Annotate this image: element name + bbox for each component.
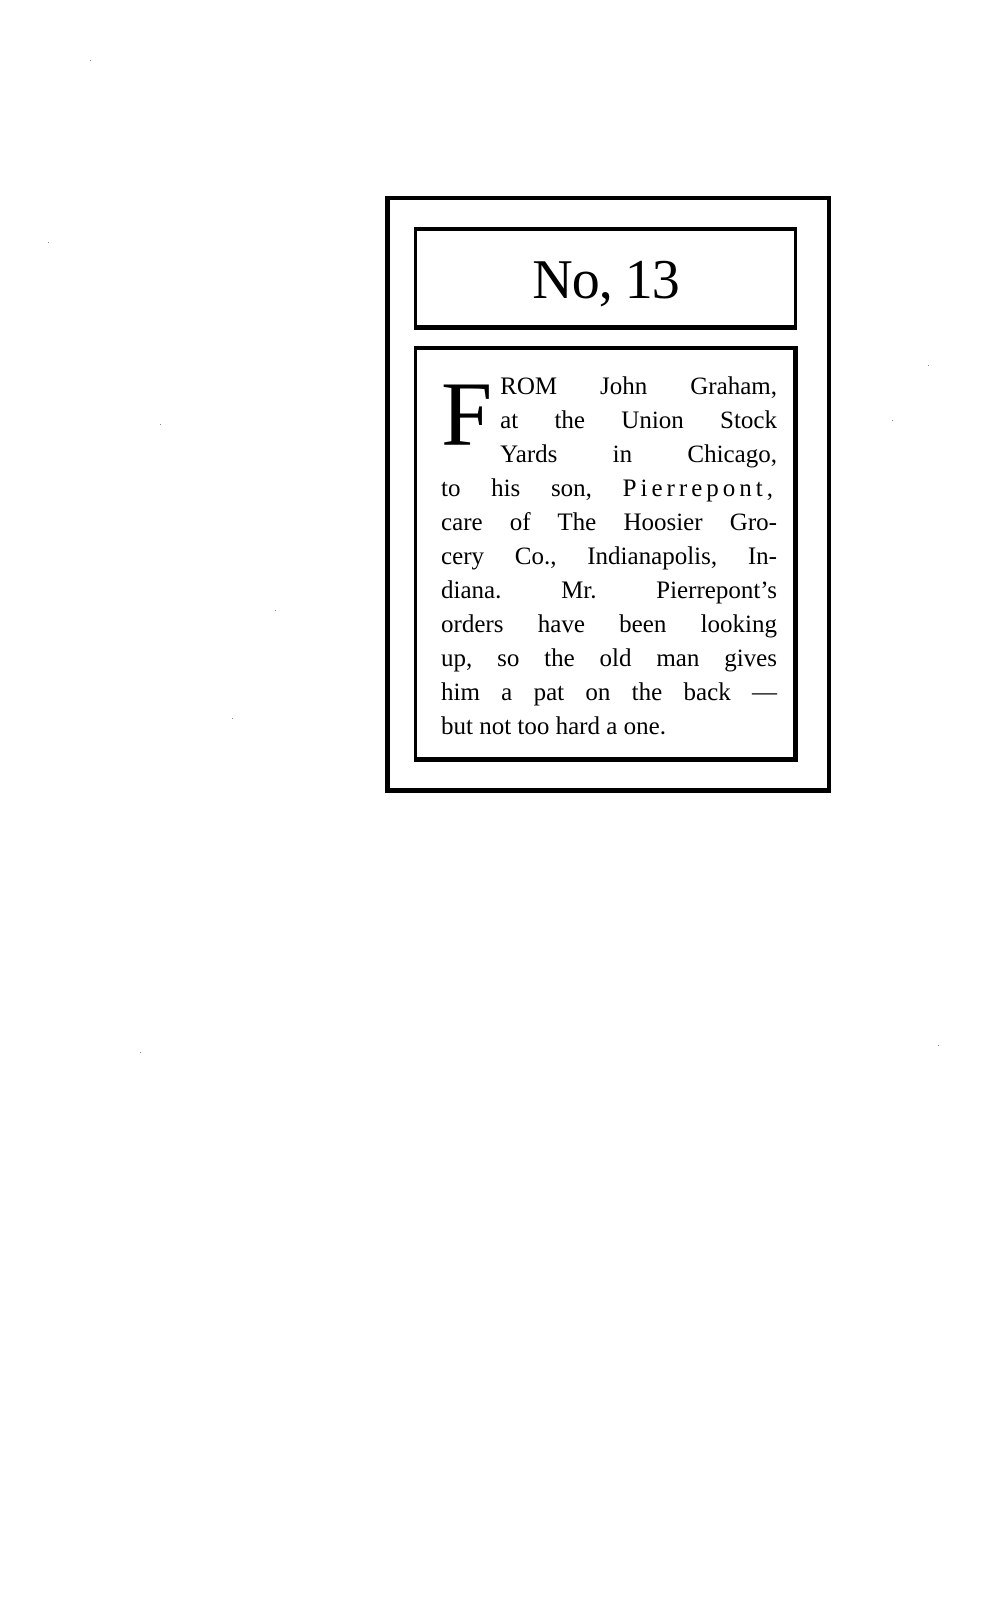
summary-line-start: to his son,: [441, 475, 623, 502]
summary-line: care of The Hoosier Gro-: [441, 506, 777, 540]
scan-speck: [892, 420, 893, 421]
summary-line: cery Co., Indianapolis, In-: [441, 540, 777, 574]
scan-speck: [928, 365, 929, 366]
scan-speck: [275, 610, 276, 611]
summary-line: up, so the old man gives: [441, 642, 777, 676]
title-box: No, 13: [414, 227, 797, 330]
summary-line: diana. Mr. Pierrepont’s: [441, 574, 777, 608]
summary-box: F ROM John Graham, at the Union Stock Ya…: [414, 346, 798, 762]
summary-line: but not too hard a one.: [441, 710, 777, 744]
drop-cap: F: [441, 376, 492, 454]
summary-line: to his son, Pierrepont,: [441, 472, 777, 506]
scan-speck: [232, 718, 233, 719]
letter-number-title: No, 13: [532, 252, 678, 308]
scan-speck: [938, 1045, 939, 1046]
scan-speck: [90, 60, 91, 61]
summary-line: orders have been looking: [441, 608, 777, 642]
scan-speck: [140, 1052, 141, 1053]
spaced-name: Pierrepont,: [623, 475, 777, 502]
scan-speck: [160, 424, 161, 425]
summary-text: F ROM John Graham, at the Union Stock Ya…: [441, 370, 777, 744]
scan-speck: [48, 242, 49, 243]
summary-line: him a pat on the back —: [441, 676, 777, 710]
